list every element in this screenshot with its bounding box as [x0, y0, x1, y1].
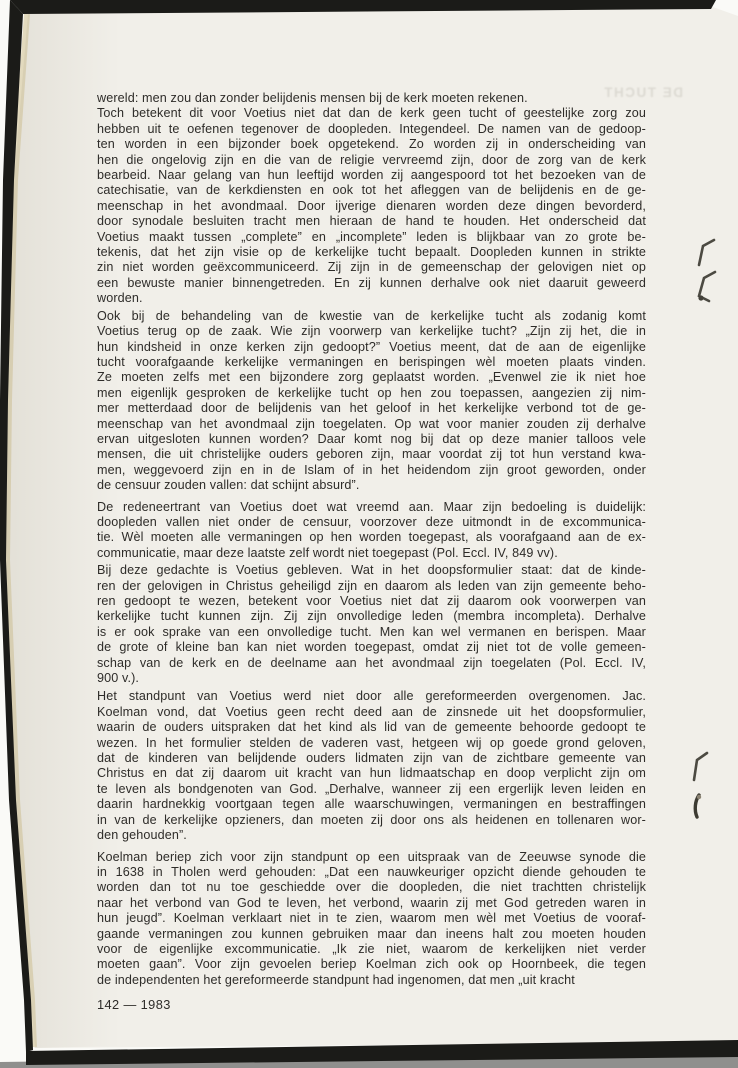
text-line: catechisatie, van de kerkdiensten en ook… — [97, 183, 646, 198]
text-line: kerkelijke tucht kunnen zijn. Zij zijn o… — [97, 609, 646, 624]
text-line: ren der gelovigen in Christus geheiligd … — [97, 579, 646, 594]
text-line: voor de eigenlijke excommunicatie. „Ik z… — [97, 942, 646, 957]
text-line: men, weggevoerd zijn en in de Islam of i… — [97, 463, 646, 478]
paragraph: wereld: men zou dan zonder belijdenis me… — [97, 91, 646, 106]
text-line: meenschap in het avondmaal. Door ijverig… — [97, 199, 646, 214]
paragraph: Toch betekent dit voor Voetius niet dat … — [97, 106, 646, 306]
body-text: wereld: men zou dan zonder belijdenis me… — [97, 91, 646, 1013]
text-line: ren gedoopt te wezen, betekent voor Voet… — [97, 594, 646, 609]
text-line: communicatie, maar deze laatste zelf wor… — [97, 546, 646, 561]
text-line: een bewuste manier binnengetreden. En zi… — [97, 276, 646, 291]
text-line: te leven als bondgenoten van God. „Derha… — [97, 782, 646, 797]
text-line: Christus en dat zij daarom uit kracht va… — [97, 766, 646, 781]
text-line: Voetius maakt tussen „complete” en „inco… — [97, 230, 646, 245]
text-line: dat de kinderen van belijdende ouders li… — [97, 751, 646, 766]
text-line: Toch betekent dit voor Voetius niet dat … — [97, 106, 646, 121]
text-line: de censuur zouden vallen: dat schijnt ab… — [97, 478, 646, 493]
text-line: den gehouden”. — [97, 828, 646, 843]
text-line: hebben uit te oefenen tegenover de doopl… — [97, 122, 646, 137]
text-line: daarin hardnekkig voortgaan tegen alle w… — [97, 797, 646, 812]
text-line: wezen. In het formulier stelden de vader… — [97, 736, 646, 751]
text-line: zin niet worden geëxcommuniceerd. Zij zi… — [97, 260, 646, 275]
text-line: tekenis, dat het zijn visie op de kerkel… — [97, 245, 646, 260]
paragraph: Koelman beriep zich voor zijn standpunt … — [97, 850, 646, 989]
text-line: moeten gaan”. Voor zijn gevoelen beriep … — [97, 957, 646, 972]
text-line: Koelman beriep zich voor zijn standpunt … — [97, 850, 646, 865]
text-line: hen die ongelovig zijn en die van de rel… — [97, 153, 646, 168]
text-line: in van de kerkelijke opzieners, dan moet… — [97, 813, 646, 828]
text-line: naar het verbond van God te leven, het v… — [97, 896, 646, 911]
text-line: mensen, die uit christelijke ouders gebo… — [97, 447, 646, 462]
text-line: in 1638 in Tholen werd gehouden: „Dat ee… — [97, 865, 646, 880]
text-line: 900 v.). — [97, 671, 646, 686]
text-line: is er ook sprake van een onvolledige tuc… — [97, 625, 646, 640]
text-line: Ze moeten zelfs met een bijzondere zorg … — [97, 370, 646, 385]
paragraph: Ook bij de behandeling van de kwestie va… — [97, 309, 646, 494]
staple-mark-2-head — [698, 295, 703, 300]
scanned-page: DE TUCHT wereld: men zou dan zonder beli… — [0, 0, 738, 1068]
text-line: de independenten het gereformeerde stand… — [97, 973, 646, 988]
text-line: waarin de ouders uitspraken dat het kind… — [97, 720, 646, 735]
paragraph: De redeneertrant van Voetius doet wat vr… — [97, 500, 646, 562]
text-line: meenschap van het avondmaal zijn toegela… — [97, 417, 646, 432]
text-line: Voetius terug op de zaak. Wie zijn voorw… — [97, 324, 646, 339]
text-line: Ook bij de behandeling van de kwestie va… — [97, 309, 646, 324]
text-line: hun jeugd”. Koelman verklaart niet in te… — [97, 911, 646, 926]
text-line: ten worden in een bijzonder boek opgetek… — [97, 137, 646, 152]
text-line: de grote of kleine ban kan niet worden t… — [97, 640, 646, 655]
text-line: doopleden vallen niet onder de censuur, … — [97, 515, 646, 530]
text-line: door synodale besluiten tracht men hiera… — [97, 214, 646, 229]
text-line: gaande vermaningen zou kunnen gebruiken … — [97, 927, 646, 942]
text-line: tie. Wèl moeten alle vermaningen op hen … — [97, 530, 646, 545]
staple-mark-4-head — [697, 795, 701, 799]
text-line: Bij deze gedachte is Voetius gebleven. W… — [97, 563, 646, 578]
text-line: bearbeid. Naar gelang van hun leeftijd w… — [97, 168, 646, 183]
text-line: tucht voorafgaande kerkelijke vermaninge… — [97, 355, 646, 370]
page-number: 142 — 1983 — [97, 997, 646, 1012]
paragraph: Bij deze gedachte is Voetius gebleven. W… — [97, 563, 646, 686]
text-line: ervan uitgesloten kunnen worden? Daar ko… — [97, 432, 646, 447]
text-line: schap van de kerk en de deelname aan het… — [97, 656, 646, 671]
text-line: wereld: men zou dan zonder belijdenis me… — [97, 91, 646, 106]
text-line: Het standpunt van Voetius werd niet door… — [97, 689, 646, 704]
text-line: De redeneertrant van Voetius doet wat vr… — [97, 500, 646, 515]
text-line: worden. — [97, 291, 646, 306]
text-line: hun kindsheid in onze kerken zijn gedoop… — [97, 340, 646, 355]
text-line: mer metterdaad door de belijdenis van he… — [97, 401, 646, 416]
text-line: men eigenlijk gesproken de kerkelijke tu… — [97, 386, 646, 401]
paragraph: Het standpunt van Voetius werd niet door… — [97, 689, 646, 843]
text-line: worden dan tot nu toe geschiedde over di… — [97, 880, 646, 895]
text-line: Koelman vond, dat Voetius geen recht dee… — [97, 705, 646, 720]
